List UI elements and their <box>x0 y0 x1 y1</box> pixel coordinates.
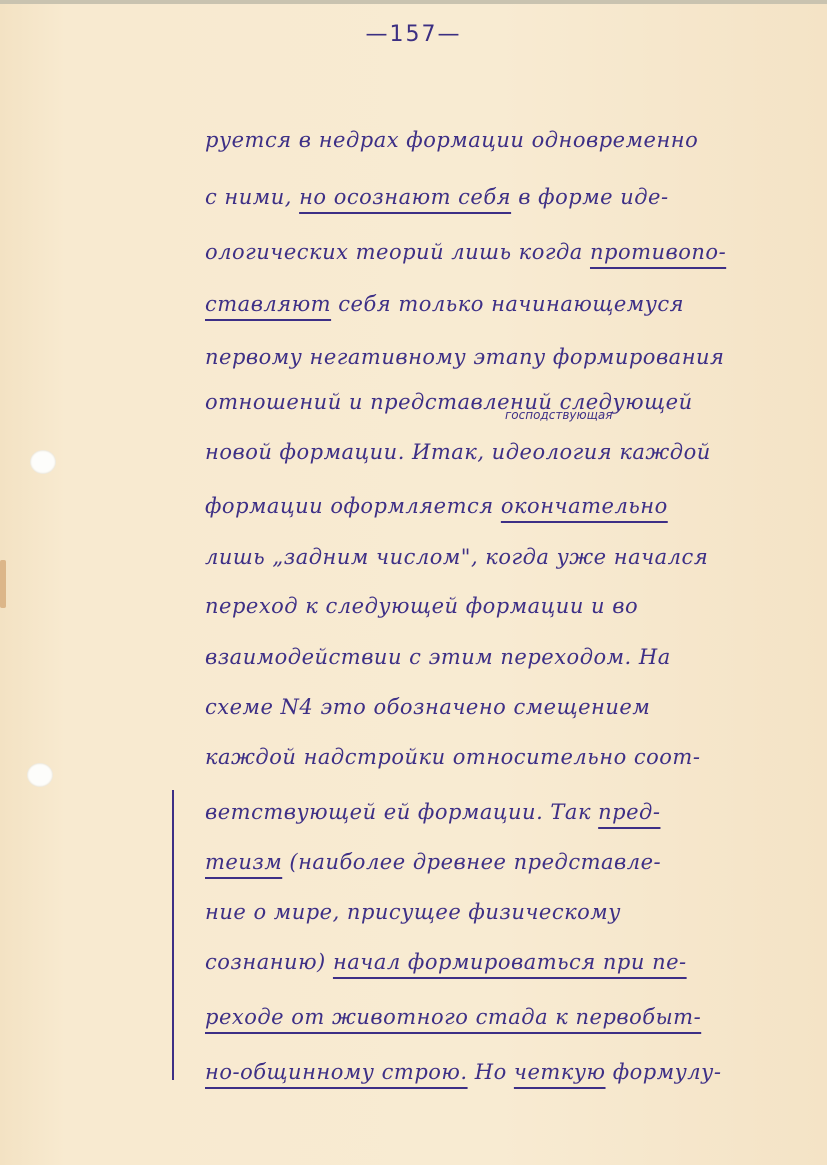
punch-hole <box>27 763 53 787</box>
text-line: лишь „задним числом", когда уже начался <box>205 545 708 569</box>
text-line: ставляют себя только начинающемуся <box>205 292 684 316</box>
text-line: первому негативному этапу формирования <box>205 345 724 369</box>
text-line: новой формации. Итак, идеология каждой <box>205 440 711 464</box>
text-line: переход к следующей формации и во <box>205 594 638 618</box>
text-line: взаимодействии с этим переходом. На <box>205 645 671 669</box>
manuscript-page: —157— господствующая руется в недрах фор… <box>0 0 827 1165</box>
page-number: —157— <box>0 22 827 47</box>
underlined-phrase: противопо- <box>590 240 726 264</box>
text-line: с ними, но осознают себя в форме иде- <box>205 185 669 209</box>
underlined-phrase: но-общинному строю. <box>205 1060 468 1084</box>
text-line: ветствующей ей формации. Так пред- <box>205 800 660 824</box>
text-line: но-общинному строю. Но четкую формулу- <box>205 1060 721 1084</box>
underlined-phrase: четкую <box>514 1060 606 1084</box>
text-line: формации оформляется окончательно <box>205 494 668 518</box>
paper-stain <box>0 560 6 608</box>
text-line: отношений и представлений следующей <box>205 390 693 414</box>
underlined-phrase: ставляют <box>205 292 331 316</box>
underlined-phrase: пред- <box>598 800 660 824</box>
text-line: ологических теорий лишь когда противопо- <box>205 240 726 264</box>
scan-edge <box>0 0 827 4</box>
text-line: руется в недрах формации одновременно <box>205 128 698 152</box>
text-line: теизм (наиболее древнее представле- <box>205 850 661 874</box>
text-line: схеме N4 это обозначено смещением <box>205 695 650 719</box>
text-line: каждой надстройки относительно соот- <box>205 745 700 769</box>
margin-mark <box>172 790 174 1080</box>
text-line: сознанию) начал формироваться при пе- <box>205 950 687 974</box>
underlined-phrase: начал формироваться при пе- <box>333 950 687 974</box>
underlined-phrase: реходе от животного стада к первобыт- <box>205 1005 701 1029</box>
underlined-phrase: но осознают себя <box>299 185 511 209</box>
underlined-phrase: окончательно <box>501 494 668 518</box>
text-line: ние о мире, присущее физическому <box>205 900 621 924</box>
punch-hole <box>30 450 56 474</box>
text-line: реходе от животного стада к первобыт- <box>205 1005 701 1029</box>
underlined-phrase: теизм <box>205 850 282 874</box>
